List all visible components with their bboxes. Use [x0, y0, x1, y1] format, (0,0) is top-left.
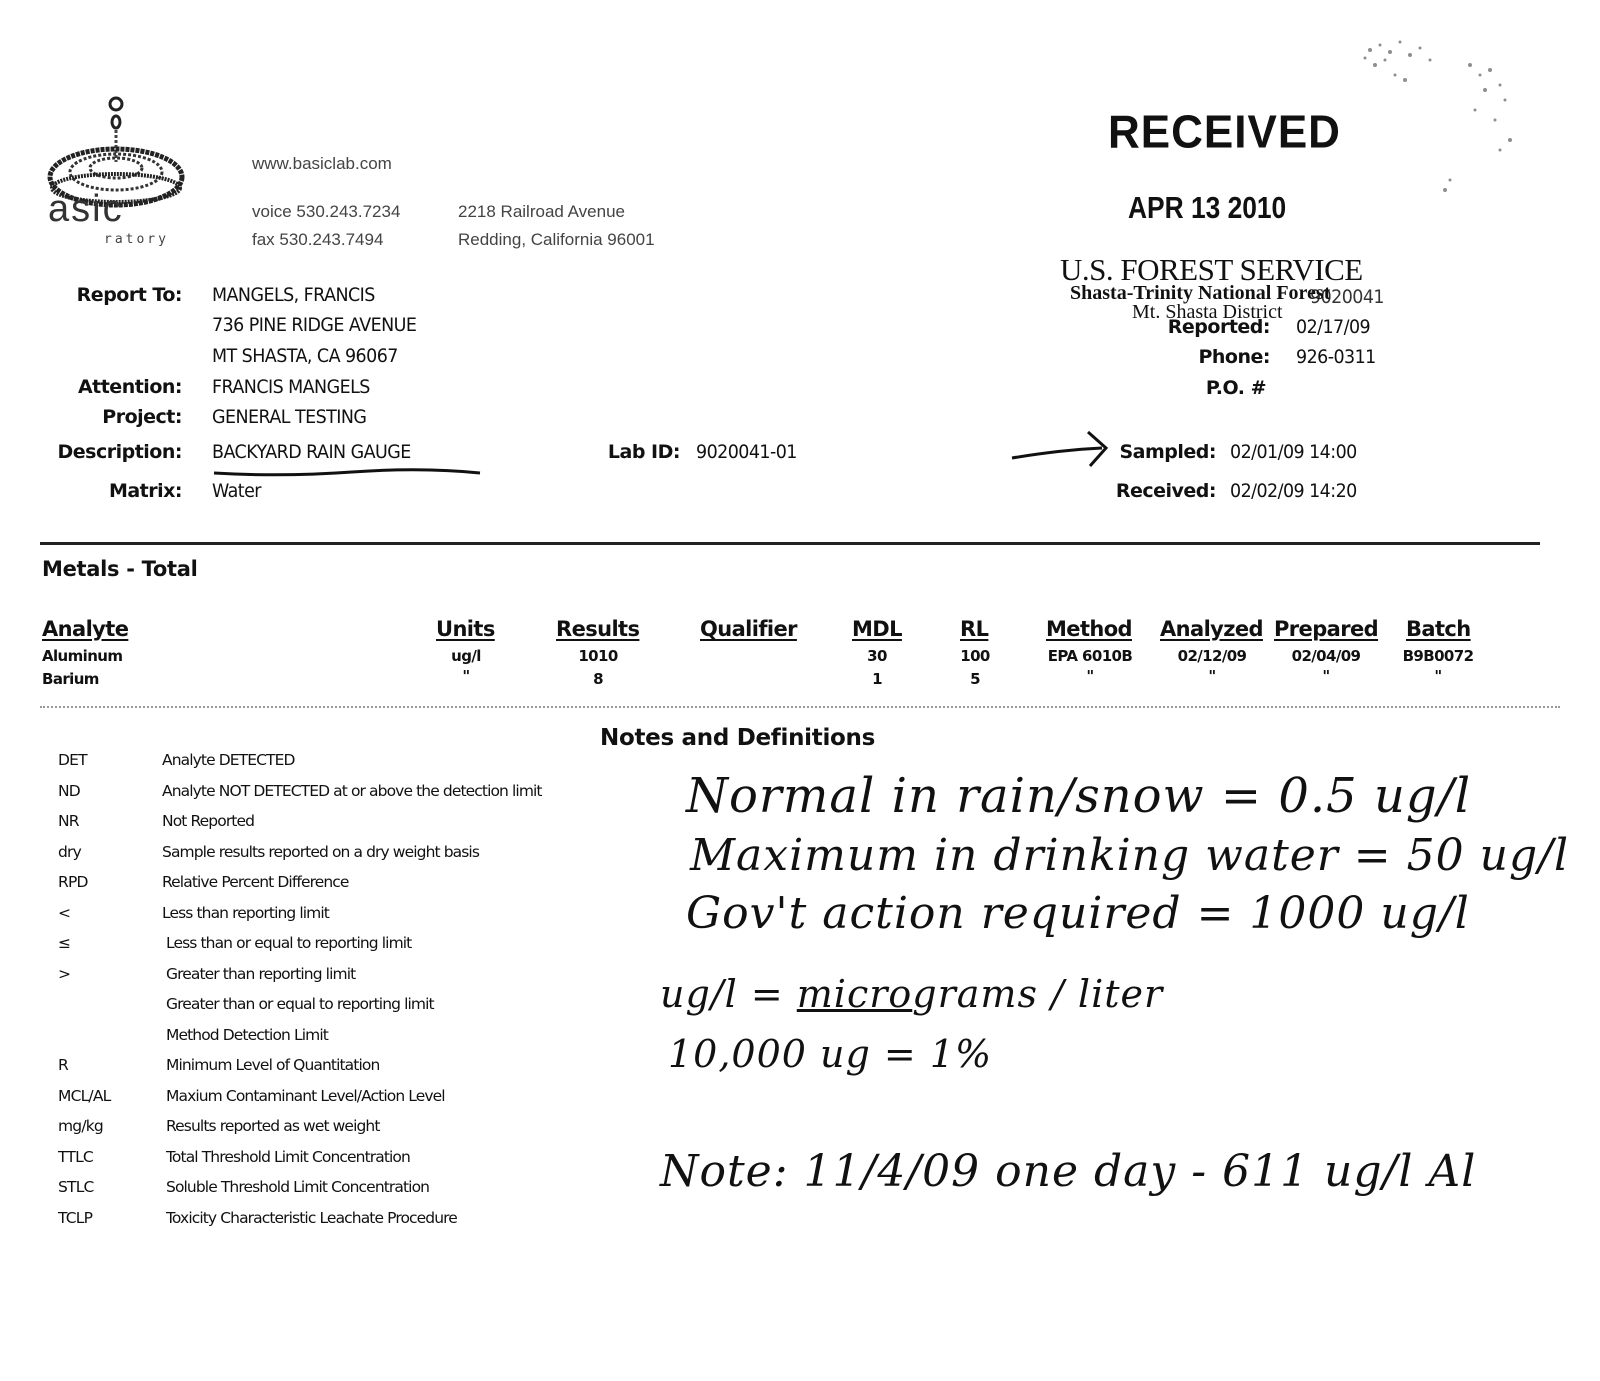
cell-units: ug/l: [436, 647, 496, 665]
handwritten-underline: [212, 468, 482, 478]
cell-analyzed: ": [1160, 667, 1264, 685]
handwritten-note-normal: Normal in rain/snow = 0.5 ug/l: [686, 768, 1471, 824]
section-title: Metals - Total: [42, 557, 198, 581]
note-definition: Greater than or equal to reporting limit: [166, 995, 434, 1013]
attention-label: Attention:: [22, 376, 182, 398]
cell-rl: 100: [950, 647, 1000, 665]
handwritten-note-maximum: Maximum in drinking water = 50 ug/l: [690, 830, 1569, 881]
report-to-line-1: MANGELS, FRANCIS: [212, 284, 375, 306]
col-header-mdl: MDL: [852, 617, 902, 641]
sampled-value: 02/01/09 14:00: [1230, 441, 1357, 463]
matrix-value: Water: [212, 480, 261, 502]
cell-rl: 5: [950, 670, 1000, 688]
lab-logo-subtext: ratory: [104, 232, 169, 247]
col-header-batch: Batch: [1406, 617, 1471, 641]
cell-method: ": [1046, 667, 1134, 685]
units-underlined: micro: [797, 972, 913, 1016]
reported-value: 02/17/09: [1296, 316, 1370, 338]
handwritten-note-action: Gov't action required = 1000 ug/l: [686, 888, 1470, 939]
cell-results: 8: [556, 670, 640, 688]
note-definition: Analyte DETECTED: [162, 751, 295, 769]
cell-units: ": [436, 667, 496, 685]
note-definition: Not Reported: [162, 812, 254, 830]
note-definition: Greater than reporting limit: [166, 965, 355, 983]
lab-address-line2: Redding, California 96001: [458, 230, 655, 250]
lab-voice: voice 530.243.7234: [252, 202, 400, 222]
cell-batch: B9B0072: [1400, 647, 1476, 665]
note-definition: Analyte NOT DETECTED at or above the det…: [162, 782, 542, 800]
attention-value: FRANCIS MANGELS: [212, 376, 370, 398]
handwritten-note-percent: 10,000 ug = 1%: [668, 1032, 992, 1076]
received-stamp: RECEIVED: [1108, 107, 1341, 160]
report-to-line-2: 736 PINE RIDGE AVENUE: [212, 314, 416, 336]
col-header-analyte: Analyte: [42, 617, 128, 641]
note-definition: Toxicity Characteristic Leachate Procedu…: [166, 1209, 457, 1227]
cell-mdl: 30: [852, 647, 902, 665]
report-to-line-3: MT SHASTA, CA 96067: [212, 345, 398, 367]
section-divider: [40, 542, 1540, 545]
received-stamp-date: APR 13 2010: [1128, 190, 1286, 226]
cell-analyte: Aluminum: [42, 647, 122, 665]
received-value: 02/02/09 14:20: [1230, 480, 1357, 502]
lab-website: www.basiclab.com: [252, 154, 392, 174]
cell-analyzed: 02/12/09: [1160, 647, 1264, 665]
phone-label: Phone:: [1100, 346, 1270, 368]
lab-logo-text: asic: [48, 188, 124, 231]
cell-mdl: 1: [852, 670, 902, 688]
note-definition: Results reported as wet weight: [166, 1117, 380, 1135]
sampled-label: Sampled:: [1046, 441, 1216, 463]
description-value: BACKYARD RAIN GAUGE: [212, 441, 411, 463]
note-abbreviation: RPD: [58, 873, 88, 891]
lab-id-label: Lab ID:: [510, 441, 680, 463]
col-header-analyzed: Analyzed: [1160, 617, 1263, 641]
note-abbreviation: STLC: [58, 1178, 94, 1196]
project-value: GENERAL TESTING: [212, 406, 366, 428]
cell-prepared: 02/04/09: [1274, 647, 1378, 665]
lab-no-value: 9020041: [1310, 286, 1384, 308]
cell-prepared: ": [1274, 667, 1378, 685]
note-definition: Less than reporting limit: [162, 904, 329, 922]
received-label: Received:: [1046, 480, 1216, 502]
note-abbreviation: MCL/AL: [58, 1087, 111, 1105]
scan-smudge: [1330, 30, 1540, 200]
col-header-qualifier: Qualifier: [700, 617, 797, 641]
note-abbreviation: NR: [58, 812, 79, 830]
note-definition: Maxium Contaminant Level/Action Level: [166, 1087, 445, 1105]
lab-id-value: 9020041-01: [696, 441, 797, 463]
note-abbreviation: R: [58, 1056, 68, 1074]
units-suffix: grams / liter: [912, 972, 1163, 1016]
note-definition: Sample results reported on a dry weight …: [162, 843, 479, 861]
note-definition: Minimum Level of Quantitation: [166, 1056, 379, 1074]
matrix-label: Matrix:: [22, 480, 182, 502]
note-abbreviation: ND: [58, 782, 80, 800]
notes-title: Notes and Definitions: [600, 725, 875, 751]
note-definition: Less than or equal to reporting limit: [166, 934, 411, 952]
cell-batch: ": [1400, 667, 1476, 685]
note-abbreviation: dry: [58, 843, 81, 861]
note-abbreviation: >: [58, 965, 70, 983]
note-abbreviation: mg/kg: [58, 1117, 103, 1135]
col-header-prepared: Prepared: [1274, 617, 1378, 641]
col-header-rl: RL: [960, 617, 988, 641]
note-definition: Total Threshold Limit Concentration: [166, 1148, 410, 1166]
note-definition: Relative Percent Difference: [162, 873, 349, 891]
note-definition: Soluble Threshold Limit Concentration: [166, 1178, 429, 1196]
handwritten-note-units: ug/l = micrograms / liter: [660, 972, 1163, 1016]
cell-results: 1010: [556, 647, 640, 665]
report-to-label: Report To:: [22, 284, 182, 306]
col-header-method: Method: [1046, 617, 1132, 641]
units-prefix: ug/l =: [660, 972, 797, 1016]
lab-address-line1: 2218 Railroad Avenue: [458, 202, 625, 222]
col-header-units: Units: [436, 617, 495, 641]
cell-analyte: Barium: [42, 670, 99, 688]
table-bottom-rule: [40, 706, 1560, 712]
cell-method: EPA 6010B: [1046, 647, 1134, 665]
project-label: Project:: [22, 406, 182, 428]
phone-value: 926-0311: [1296, 346, 1376, 368]
note-definition: Method Detection Limit: [166, 1026, 328, 1044]
lab-fax: fax 530.243.7494: [252, 230, 383, 250]
description-label: Description:: [22, 441, 182, 463]
note-abbreviation: ≤: [58, 934, 70, 952]
col-header-results: Results: [556, 617, 639, 641]
note-abbreviation: DET: [58, 751, 87, 769]
reported-label: Reported:: [1100, 316, 1270, 338]
note-abbreviation: <: [58, 904, 70, 922]
po-label: P.O. #: [1096, 377, 1266, 399]
note-abbreviation: TCLP: [58, 1209, 92, 1227]
note-abbreviation: TTLC: [58, 1148, 93, 1166]
handwritten-note-date: Note: 11/4/09 one day - 611 ug/l Al: [660, 1146, 1476, 1197]
